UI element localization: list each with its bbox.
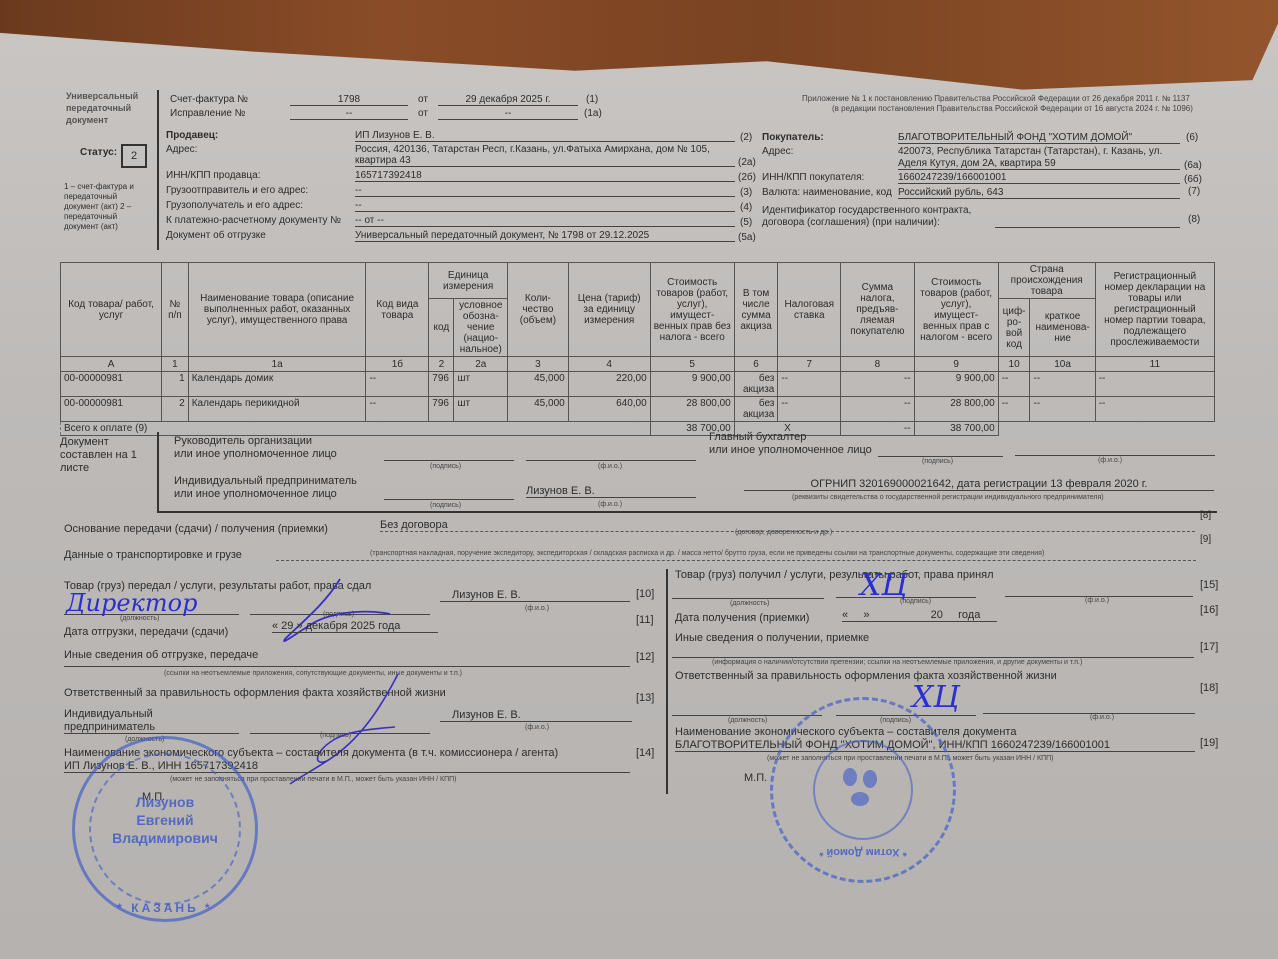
caption: (должность) — [120, 615, 159, 622]
buyer-stamp: * Хотим Домой * — [770, 697, 956, 883]
cell-tax: -- — [841, 397, 914, 422]
head-signature-field — [384, 460, 514, 461]
col-tax: Сумма налога, предъяв-ляемая покупателю — [841, 263, 914, 357]
ref: [12] — [636, 651, 654, 663]
other-ship-label: Иные сведения об отгрузке, передаче — [64, 649, 258, 661]
annex-line-2: (в редакции постановления Правительства … — [832, 104, 1193, 113]
divider — [157, 432, 159, 512]
head-fio-field — [526, 460, 696, 461]
seller-inn-label: ИНН/КПП продавца: — [166, 170, 260, 181]
received-label: Товар (груз) получил / услуги, результат… — [675, 569, 994, 581]
seller-inn: 165717392418 — [355, 170, 735, 182]
buyer-label: Покупатель: — [762, 132, 824, 143]
ref: (3) — [740, 187, 752, 198]
annex-line-1: Приложение № 1 к постановлению Правитель… — [802, 94, 1190, 103]
shipper-label: Грузоотправитель и его адрес: — [166, 185, 308, 196]
cell-unit-code: 796 — [429, 372, 454, 397]
cell-code: 00-00000981 — [61, 372, 162, 397]
ref: (1) — [586, 94, 598, 105]
resp-position: предприниматель — [64, 721, 239, 734]
contract-label: договора (соглашения) (при наличии): — [762, 217, 940, 228]
currency: Российский рубль, 643 — [898, 187, 1180, 199]
stamp-text: * Хотим Домой * — [773, 846, 953, 858]
column-number: 2 — [429, 357, 454, 372]
caption: (должность) — [730, 600, 769, 607]
column-number: 1б — [366, 357, 429, 372]
cell-tax: -- — [841, 372, 914, 397]
col-name: Наименование товара (описание выполненны… — [188, 263, 366, 357]
doc-sheets: Документ составлен на 1 листе — [60, 436, 150, 475]
column-number: 10а — [1030, 357, 1095, 372]
from-label: от — [418, 108, 428, 119]
caption: (подпись) — [430, 463, 461, 470]
recv-resp-position-field — [672, 714, 822, 716]
ship-date-label: Дата отгрузки, передачи (сдачи) — [64, 626, 228, 638]
accountant-signature-field — [878, 456, 1003, 457]
column-number: 4 — [568, 357, 650, 372]
ip-signature-field — [384, 499, 514, 500]
recv-resp-fio-field — [983, 712, 1195, 714]
cell-cost-no-tax: 28 800,00 — [650, 397, 734, 422]
ip-name: Лизунов Е. В. — [526, 485, 696, 498]
stamp-text: Лизунов — [75, 793, 255, 811]
buyer-address-line-1: 420073, Республика Татарстан (Татарстан)… — [898, 146, 1162, 157]
correction-number: -- — [290, 108, 408, 120]
other-recv-field — [672, 656, 1194, 658]
seller-address-label: Адрес: — [166, 144, 197, 155]
recv-resp-label: Ответственный за правильность оформления… — [675, 670, 1057, 682]
total-tax: -- — [841, 422, 914, 436]
ref: (6б) — [1184, 174, 1202, 185]
ship-date: « 29 » декабря 2025 года — [272, 620, 438, 633]
column-number: 8 — [841, 357, 914, 372]
buyer-address-label: Адрес: — [762, 146, 793, 157]
cell-excise: без акциза — [734, 372, 778, 397]
ref: [17] — [1200, 641, 1218, 653]
buyer-inn-label: ИНН/КПП покупателя: — [762, 172, 864, 183]
caption: (ф.и.о.) — [1090, 714, 1114, 721]
buyer-inn: 1660247239/166001001 — [898, 172, 1180, 184]
col-cost-with-tax: Стоимость товаров (работ, услуг), имущес… — [914, 263, 998, 357]
ref: [9] — [1200, 534, 1211, 545]
ref: [14] — [636, 747, 654, 759]
col-code: Код товара/ работ, услуг — [61, 263, 162, 357]
column-numbers: А11а1б22а34567891010а11 — [61, 357, 1215, 372]
invoice-date: 29 декабря 2025 г. — [438, 94, 578, 106]
other-ship-field — [64, 665, 630, 667]
handed-name: Лизунов Е. В. — [440, 589, 630, 602]
status-note: 1 – счет-фактура и передаточный документ… — [64, 182, 152, 232]
column-number: 7 — [778, 357, 841, 372]
seller-name: ИП Лизунов Е. В. — [355, 130, 735, 142]
col-country: Страна происхождения товара — [998, 263, 1095, 299]
cell-price: 640,00 — [568, 397, 650, 422]
recv-date-label: Дата получения (приемки) — [675, 612, 809, 624]
table-row: 00-000009811Календарь домик--796шт45,000… — [61, 372, 1215, 397]
cell-rate: -- — [778, 372, 841, 397]
ref: (6) — [1186, 132, 1198, 143]
ref: [11] — [636, 614, 654, 626]
contract-label: Идентификатор государственного контракта… — [762, 205, 971, 216]
resp-position: Индивидуальный — [64, 708, 153, 720]
col-cost-no-tax: Стоимость товаров (работ, услуг), имущес… — [650, 263, 734, 357]
column-number: 1а — [188, 357, 366, 372]
divider — [157, 511, 1217, 513]
col-country-code: циф-ро-вой код — [998, 299, 1030, 357]
ref: (1а) — [584, 108, 602, 119]
col-kind: Код вида товара — [366, 263, 429, 357]
col-country-name: краткое наименова-ние — [1030, 299, 1095, 357]
col-excise: В том числе сумма акциза — [734, 263, 778, 357]
column-number: 3 — [508, 357, 569, 372]
consignee: -- — [355, 200, 735, 212]
payment-doc-label: К платежно-расчетному документу № — [166, 215, 341, 226]
ref: (5) — [740, 217, 752, 228]
status-label: Статус: — [80, 147, 117, 158]
col-qty: Коли-чество (объем) — [508, 263, 569, 357]
cell-name: Календарь домик — [188, 372, 366, 397]
total-label: Всего к оплате (9) — [61, 422, 651, 436]
stamp-text: Владимирович — [75, 829, 255, 847]
invoice-label: Счет-фактура № — [170, 94, 248, 105]
recv-position-field — [672, 597, 824, 599]
ref: [18] — [1200, 682, 1218, 694]
payment-doc: -- от -- — [355, 215, 735, 227]
cell-decl: -- — [1095, 397, 1214, 422]
caption: (подпись) — [430, 502, 461, 509]
consignee-label: Грузополучатель и его адрес: — [166, 200, 303, 211]
ref: (4) — [740, 202, 752, 213]
col-unit-code: код — [429, 299, 454, 357]
ref: (6а) — [1184, 160, 1202, 171]
ip-label: или иное уполномоченное лицо — [174, 488, 337, 500]
column-number: 1 — [162, 357, 189, 372]
head-label: или иное уполномоченное лицо — [174, 448, 337, 460]
column-number: 5 — [650, 357, 734, 372]
column-number: А — [61, 357, 162, 372]
ogrnip: ОГРНИП 320169000021642, дата регистрации… — [744, 478, 1214, 491]
seller-stamp: Лизунов Евгений Владимирович * КАЗАНЬ * — [72, 736, 258, 922]
handed-signature-icon — [265, 574, 405, 654]
seller-label: Продавец: — [166, 130, 218, 141]
accountant-label: Главный бухгалтер — [709, 431, 806, 443]
ref: (5а) — [738, 232, 756, 243]
document-sheet: Универсальный передаточный документ Стат… — [0, 14, 1278, 959]
column-number: 10 — [998, 357, 1030, 372]
col-rate: Налоговая ставка — [778, 263, 841, 357]
cell-unit-name: шт — [454, 372, 508, 397]
cell-code: 00-00000981 — [61, 397, 162, 422]
cell-cost-with-tax: 9 900,00 — [914, 372, 998, 397]
cell-country-code: -- — [998, 372, 1030, 397]
cell-country-name: -- — [1030, 372, 1095, 397]
cell-unit-code: 796 — [429, 397, 454, 422]
caption: (ф.и.о.) — [525, 605, 549, 612]
cell-country-code: -- — [998, 397, 1030, 422]
cell-no: 1 — [162, 372, 189, 397]
divider — [157, 90, 159, 250]
cell-qty: 45,000 — [508, 372, 569, 397]
from-label: от — [418, 94, 428, 105]
shipper: -- — [355, 185, 735, 197]
col-unit-name: условное обозна-чение (нацио-нальное) — [454, 299, 508, 357]
contract-field — [995, 226, 1180, 228]
caption: (подпись) — [320, 732, 351, 739]
ref: (2а) — [738, 157, 756, 168]
cell-rate: -- — [778, 397, 841, 422]
cell-cost-with-tax: 28 800,00 — [914, 397, 998, 422]
column-number: 11 — [1095, 357, 1214, 372]
doc-type: Универсальный передаточный документ — [66, 90, 156, 126]
ref: (8) — [1188, 214, 1200, 225]
correction-label: Исправление № — [170, 108, 245, 119]
caption: (должность) — [728, 717, 767, 724]
ref: [10] — [636, 588, 654, 600]
caption: (ф.и.о.) — [598, 463, 622, 470]
buyer-name: БЛАГОТВОРИТЕЛЬНЫЙ ФОНД "ХОТИМ ДОМОЙ" — [898, 132, 1180, 144]
caption: (ф.и.о.) — [525, 724, 549, 731]
goods-table: Код товара/ работ, услуг № п/п Наименова… — [60, 262, 1215, 436]
cell-decl: -- — [1095, 372, 1214, 397]
cell-price: 220,00 — [568, 372, 650, 397]
ref: [8] — [1200, 510, 1211, 521]
ref: (2б) — [738, 172, 756, 183]
cell-unit-name: шт — [454, 397, 508, 422]
shipment-doc: Универсальный передаточный документ, № 1… — [355, 230, 735, 242]
head-label: Руководитель организации — [174, 435, 312, 447]
recv-signature-handwritten: ХЦ — [860, 568, 908, 603]
stamp-place: М.П. — [744, 772, 767, 784]
cell-no: 2 — [162, 397, 189, 422]
recv-resp-signature-handwritten: ХЦ — [912, 680, 960, 715]
cell-qty: 45,000 — [508, 397, 569, 422]
ref: [16] — [1200, 604, 1218, 616]
accountant-fio-field — [1015, 455, 1215, 456]
ref: (7) — [1188, 186, 1200, 197]
ref: [19] — [1200, 737, 1218, 749]
caption: (реквизиты свидетельства о государственн… — [792, 494, 1104, 501]
stamp-text: Евгений — [75, 811, 255, 829]
status-value: 2 — [121, 144, 147, 168]
total-with-tax: 38 700,00 — [914, 422, 998, 436]
shipment-doc-label: Документ об отгрузке — [166, 230, 266, 241]
col-no: № п/п — [162, 263, 189, 357]
recv-date: « » 20 года — [842, 609, 997, 622]
handed-position-handwritten: Директор — [66, 589, 197, 617]
col-decl: Регистрационный номер декларации на това… — [1095, 263, 1214, 357]
ip-label: Индивидуальный предприниматель — [174, 475, 357, 487]
caption: (подпись) — [922, 458, 953, 465]
column-number: 9 — [914, 357, 998, 372]
cell-kind: -- — [366, 397, 429, 422]
col-price: Цена (тариф) за единицу измерения — [568, 263, 650, 357]
column-number: 2а — [454, 357, 508, 372]
invoice-number: 1798 — [290, 94, 408, 106]
resp-name: Лизунов Е. В. — [440, 709, 632, 722]
currency-label: Валюта: наименование, код — [762, 187, 892, 198]
correction-date: -- — [438, 108, 578, 120]
ref: (2) — [740, 132, 752, 143]
caption: (информация о наличии/отсутствии претенз… — [712, 659, 1082, 666]
divider — [666, 569, 668, 794]
column-number: 6 — [734, 357, 778, 372]
caption: (договор; доверенность и др.) — [735, 529, 832, 536]
basis-label: Основание передачи (сдачи) / получения (… — [64, 523, 328, 535]
cell-name: Календарь перикидной — [188, 397, 366, 422]
transport-label: Данные о транспортировке и грузе — [64, 549, 242, 561]
table-row: 00-000009812Календарь перикидной--796шт4… — [61, 397, 1215, 422]
paw-icon — [843, 768, 857, 786]
cell-cost-no-tax: 9 900,00 — [650, 372, 734, 397]
caption: (ф.и.о.) — [1098, 457, 1122, 464]
cell-country-name: -- — [1030, 397, 1095, 422]
caption: (транспортная накладная, поручение экспе… — [370, 550, 1044, 557]
caption: (ф.и.о.) — [598, 501, 622, 508]
accountant-label: или иное уполномоченное лицо — [709, 444, 872, 456]
ref: [15] — [1200, 579, 1218, 591]
caption: (ф.и.о.) — [1085, 597, 1109, 604]
ref: [13] — [636, 692, 654, 704]
cell-kind: -- — [366, 372, 429, 397]
total-row: Всего к оплате (9) 38 700,00 Х -- 38 700… — [61, 422, 1215, 436]
cell-excise: без акциза — [734, 397, 778, 422]
other-recv-label: Иные сведения о получении, приемке — [675, 632, 869, 644]
buyer-address-line-2: Аделя Кутуя, дом 2А, квартира 59 — [898, 158, 1180, 170]
seller-address: Россия, 420136, Татарстан Респ, г.Казань… — [355, 144, 735, 167]
col-unit: Единица измерения — [429, 263, 508, 299]
